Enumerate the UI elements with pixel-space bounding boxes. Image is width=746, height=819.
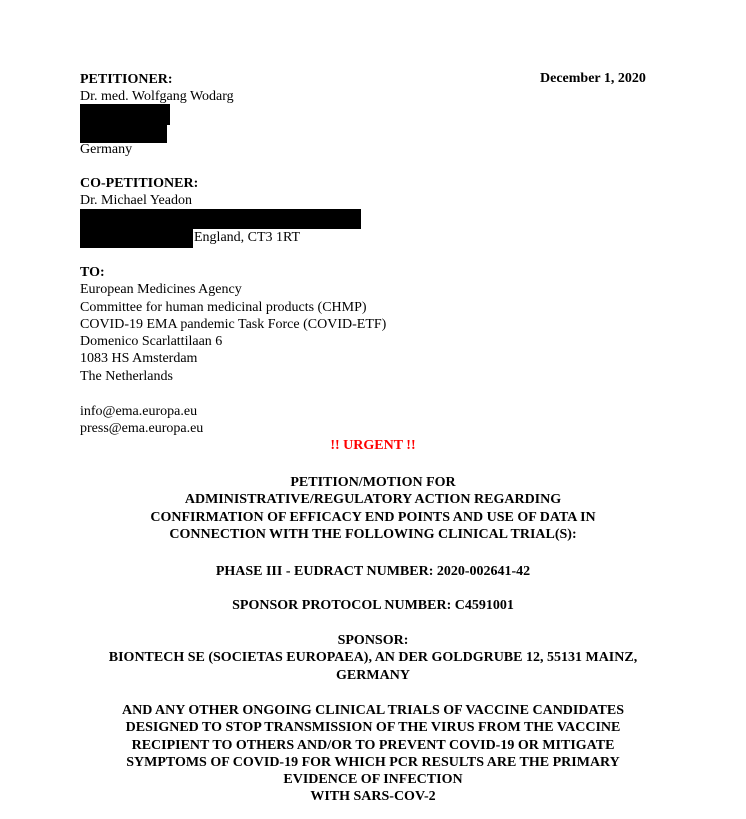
- petitioner-block: PETITIONER: Dr. med. Wolfgang Wodarg: [80, 71, 234, 106]
- petition-title: PETITION/MOTION FOR ADMINISTRATIVE/REGUL…: [0, 474, 746, 543]
- eudract-line: PHASE III - EUDRACT NUMBER: 2020-002641-…: [0, 563, 746, 580]
- scope-line: EVIDENCE OF INFECTION: [0, 771, 746, 788]
- recipient-line: The Netherlands: [80, 368, 386, 385]
- co-petitioner-address-tail: England, CT3 1RT: [194, 229, 300, 247]
- urgent-label: !! URGENT !!: [0, 438, 746, 454]
- recipient-line: European Medicines Agency: [80, 281, 386, 298]
- recipient-emails: info@ema.europa.eu press@ema.europa.eu: [80, 403, 203, 438]
- recipient-block: TO: European Medicines Agency Committee …: [80, 264, 386, 385]
- trial-scope: AND ANY OTHER ONGOING CLINICAL TRIALS OF…: [0, 702, 746, 806]
- redaction-box: [80, 104, 170, 125]
- title-line: CONFIRMATION OF EFFICACY END POINTS AND …: [0, 509, 746, 526]
- sponsor-line: GERMANY: [0, 667, 746, 684]
- recipient-line: COVID-19 EMA pandemic Task Force (COVID-…: [80, 316, 386, 333]
- recipient-heading: TO:: [80, 264, 386, 281]
- sponsor-protocol-number: SPONSOR PROTOCOL NUMBER: C4591001: [0, 597, 746, 614]
- co-petitioner-name: Dr. Michael Yeadon: [80, 192, 198, 209]
- co-petitioner-block: CO-PETITIONER: Dr. Michael Yeadon: [80, 175, 198, 210]
- petitioner-heading: PETITIONER:: [80, 71, 234, 88]
- co-petitioner-heading: CO-PETITIONER:: [80, 175, 198, 192]
- recipient-line: Domenico Scarlattilaan 6: [80, 333, 386, 350]
- email-link-info[interactable]: info@ema.europa.eu: [80, 403, 203, 420]
- scope-line: RECIPIENT TO OTHERS AND/OR TO PREVENT CO…: [0, 737, 746, 754]
- petitioner-country-row: Germany: [80, 141, 132, 158]
- sponsor-block: SPONSOR: BIONTECH SE (SOCIETAS EUROPAEA)…: [0, 632, 746, 684]
- title-line: CONNECTION WITH THE FOLLOWING CLINICAL T…: [0, 526, 746, 543]
- recipient-line: 1083 HS Amsterdam: [80, 350, 386, 367]
- email-link-press[interactable]: press@ema.europa.eu: [80, 420, 203, 437]
- eudract-number: PHASE III - EUDRACT NUMBER: 2020-002641-…: [0, 563, 746, 580]
- redaction-box: [80, 228, 193, 248]
- petitioner-name: Dr. med. Wolfgang Wodarg: [80, 88, 234, 105]
- petitioner-country: Germany: [80, 141, 132, 158]
- redaction-box: [80, 209, 361, 229]
- sponsor-heading: SPONSOR:: [0, 632, 746, 649]
- title-line: ADMINISTRATIVE/REGULATORY ACTION REGARDI…: [0, 491, 746, 508]
- title-line: PETITION/MOTION FOR: [0, 474, 746, 491]
- scope-line: DESIGNED TO STOP TRANSMISSION OF THE VIR…: [0, 719, 746, 736]
- document-date: December 1, 2020: [540, 71, 646, 87]
- scope-line: SYMPTOMS OF COVID-19 FOR WHICH PCR RESUL…: [0, 754, 746, 771]
- sponsor-line: BIONTECH SE (SOCIETAS EUROPAEA), AN DER …: [0, 649, 746, 666]
- recipient-line: Committee for human medicinal products (…: [80, 299, 386, 316]
- scope-line: WITH SARS-COV-2: [0, 788, 746, 805]
- protocol-line: SPONSOR PROTOCOL NUMBER: C4591001: [0, 597, 746, 614]
- scope-line: AND ANY OTHER ONGOING CLINICAL TRIALS OF…: [0, 702, 746, 719]
